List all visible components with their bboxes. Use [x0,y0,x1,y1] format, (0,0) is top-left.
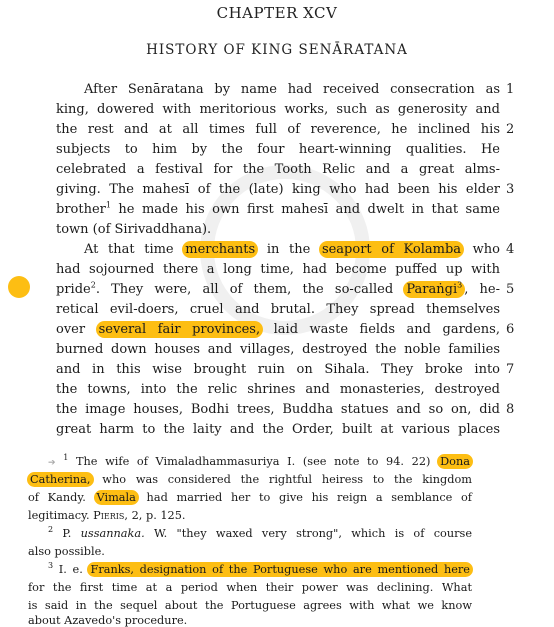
highlight-parangi[interactable]: Paraṅgi3 [403,281,465,298]
text-fragment: , 2, p. 125. [124,509,185,522]
footnote-2-line: also possible. [28,543,472,560]
text-line: celebrated a festival for the Tooth Reli… [56,160,500,180]
line-number: 5 [506,280,520,300]
text-fragment: brother [56,202,106,217]
footnote-number: 1 [63,453,68,462]
text-fragment: I. e. [59,563,89,576]
footnote-2-line: 2 P. ussannaka. W. "they waxed very stro… [48,525,472,542]
highlight-provinces[interactable]: several fair provinces, [96,321,264,338]
text-fragment: , he- [464,282,500,297]
document-page: CHAPTER XCV HISTORY OF KING SENĀRATANA A… [0,0,554,627]
text-line: the towns, into the relic shrines and mo… [56,380,500,400]
annotation-dot[interactable] [8,276,30,298]
text-fragment: pride [56,282,91,297]
footnote-3-line: 3 I. e. Franks, designation of the Portu… [48,561,472,578]
highlight-vimala[interactable]: Vimala [94,490,139,505]
footnote-1-line: Catherina, who was considered the rightf… [28,471,472,488]
highlight-catherina[interactable]: Catherina, [27,472,94,487]
pali-term: ussannaka. [81,527,145,540]
text-fragment: P. [62,527,80,540]
footnote-1-line: ➔ 1 The wife of Vimaladhammasuriya I. (s… [48,453,472,470]
text-fragment: he made his own first mahesī and dwelt i… [111,202,500,217]
highlight-text: Paraṅgi [406,282,457,297]
chapter-title: HISTORY OF KING SENĀRATANA [0,42,554,58]
line-number: 6 [506,320,520,340]
text-fragment: At that time [84,242,174,257]
footnote-number: 2 [48,525,53,534]
text-fragment: over [56,322,85,337]
footnote-3-line: about Azavedo's procedure. [28,612,472,627]
arrow-icon: ➔ [48,458,56,468]
text-line: and in this wise brought ruin on Sihala.… [56,360,500,380]
footnote-number: 3 [48,561,53,570]
footnote-1-line: of Kandy. Vimala had married her to give… [28,489,472,506]
text-fragment: . They were, all of them, the so-called [96,282,405,297]
text-line: great harm to the laity and the Order, b… [56,420,500,440]
line-number: 7 [506,360,520,380]
line-number: 8 [506,400,520,420]
text-line: retical evil-doers, cruel and brutal. Th… [56,300,500,320]
text-line: After Senāratana by name had received co… [84,80,500,100]
text-line: over several fair provinces, laid waste … [56,320,500,340]
text-fragment: in the [257,242,320,257]
line-number: 3 [506,180,520,200]
text-fragment: W. "they waxed very strong", which is of… [145,527,472,540]
text-line: subjects to him by the four heart-winnin… [56,140,500,160]
footnote-ref[interactable]: 3 [457,281,462,290]
line-number: 1 [506,80,520,100]
text-fragment: laid waste fields and gardens, [262,322,500,337]
text-line: giving. The mahesī of the (late) king wh… [56,180,500,200]
chapter-heading: CHAPTER XCV [0,4,554,22]
text-line: brother1 he made his own first mahesī an… [56,200,500,220]
text-fragment: had married her to give his reign a semb… [138,491,472,504]
text-line: king, dowered with meritorious works, su… [56,100,500,120]
text-fragment: The wife of Vimaladhammasuriya I. (see n… [76,455,431,468]
highlight-merchants[interactable]: merchants [182,241,258,258]
text-fragment: legitimacy. [28,509,93,522]
text-line: the rest and at all times full of revere… [56,120,500,140]
line-number: 2 [506,120,520,140]
line-number: 4 [506,240,520,260]
text-line: had sojourned there a long time, had bec… [56,260,500,280]
text-fragment: of Kandy. [28,491,95,504]
highlight-seaport[interactable]: seaport of Kolamba [319,241,464,258]
author-name: Pieris [93,509,124,522]
text-fragment: who [463,242,500,257]
text-fragment: who was considered the rightful heiress … [93,473,473,486]
text-line: burned down houses and villages, destroy… [56,340,500,360]
footnote-3-line: for the first time at a period when thei… [28,579,472,596]
footnote-1-line: legitimacy. Pieris, 2, p. 125. [28,507,472,524]
text-line: At that time merchants in the seaport of… [84,240,500,260]
highlight-franks[interactable]: Franks, designation of the Portuguese wh… [87,562,473,577]
text-line: town (of Sirivaddhana). [56,220,500,240]
highlight-dona[interactable]: Dona [437,454,473,469]
text-line: the image houses, Bodhi trees, Buddha st… [56,400,500,420]
text-line: pride2. They were, all of them, the so-c… [56,280,500,300]
